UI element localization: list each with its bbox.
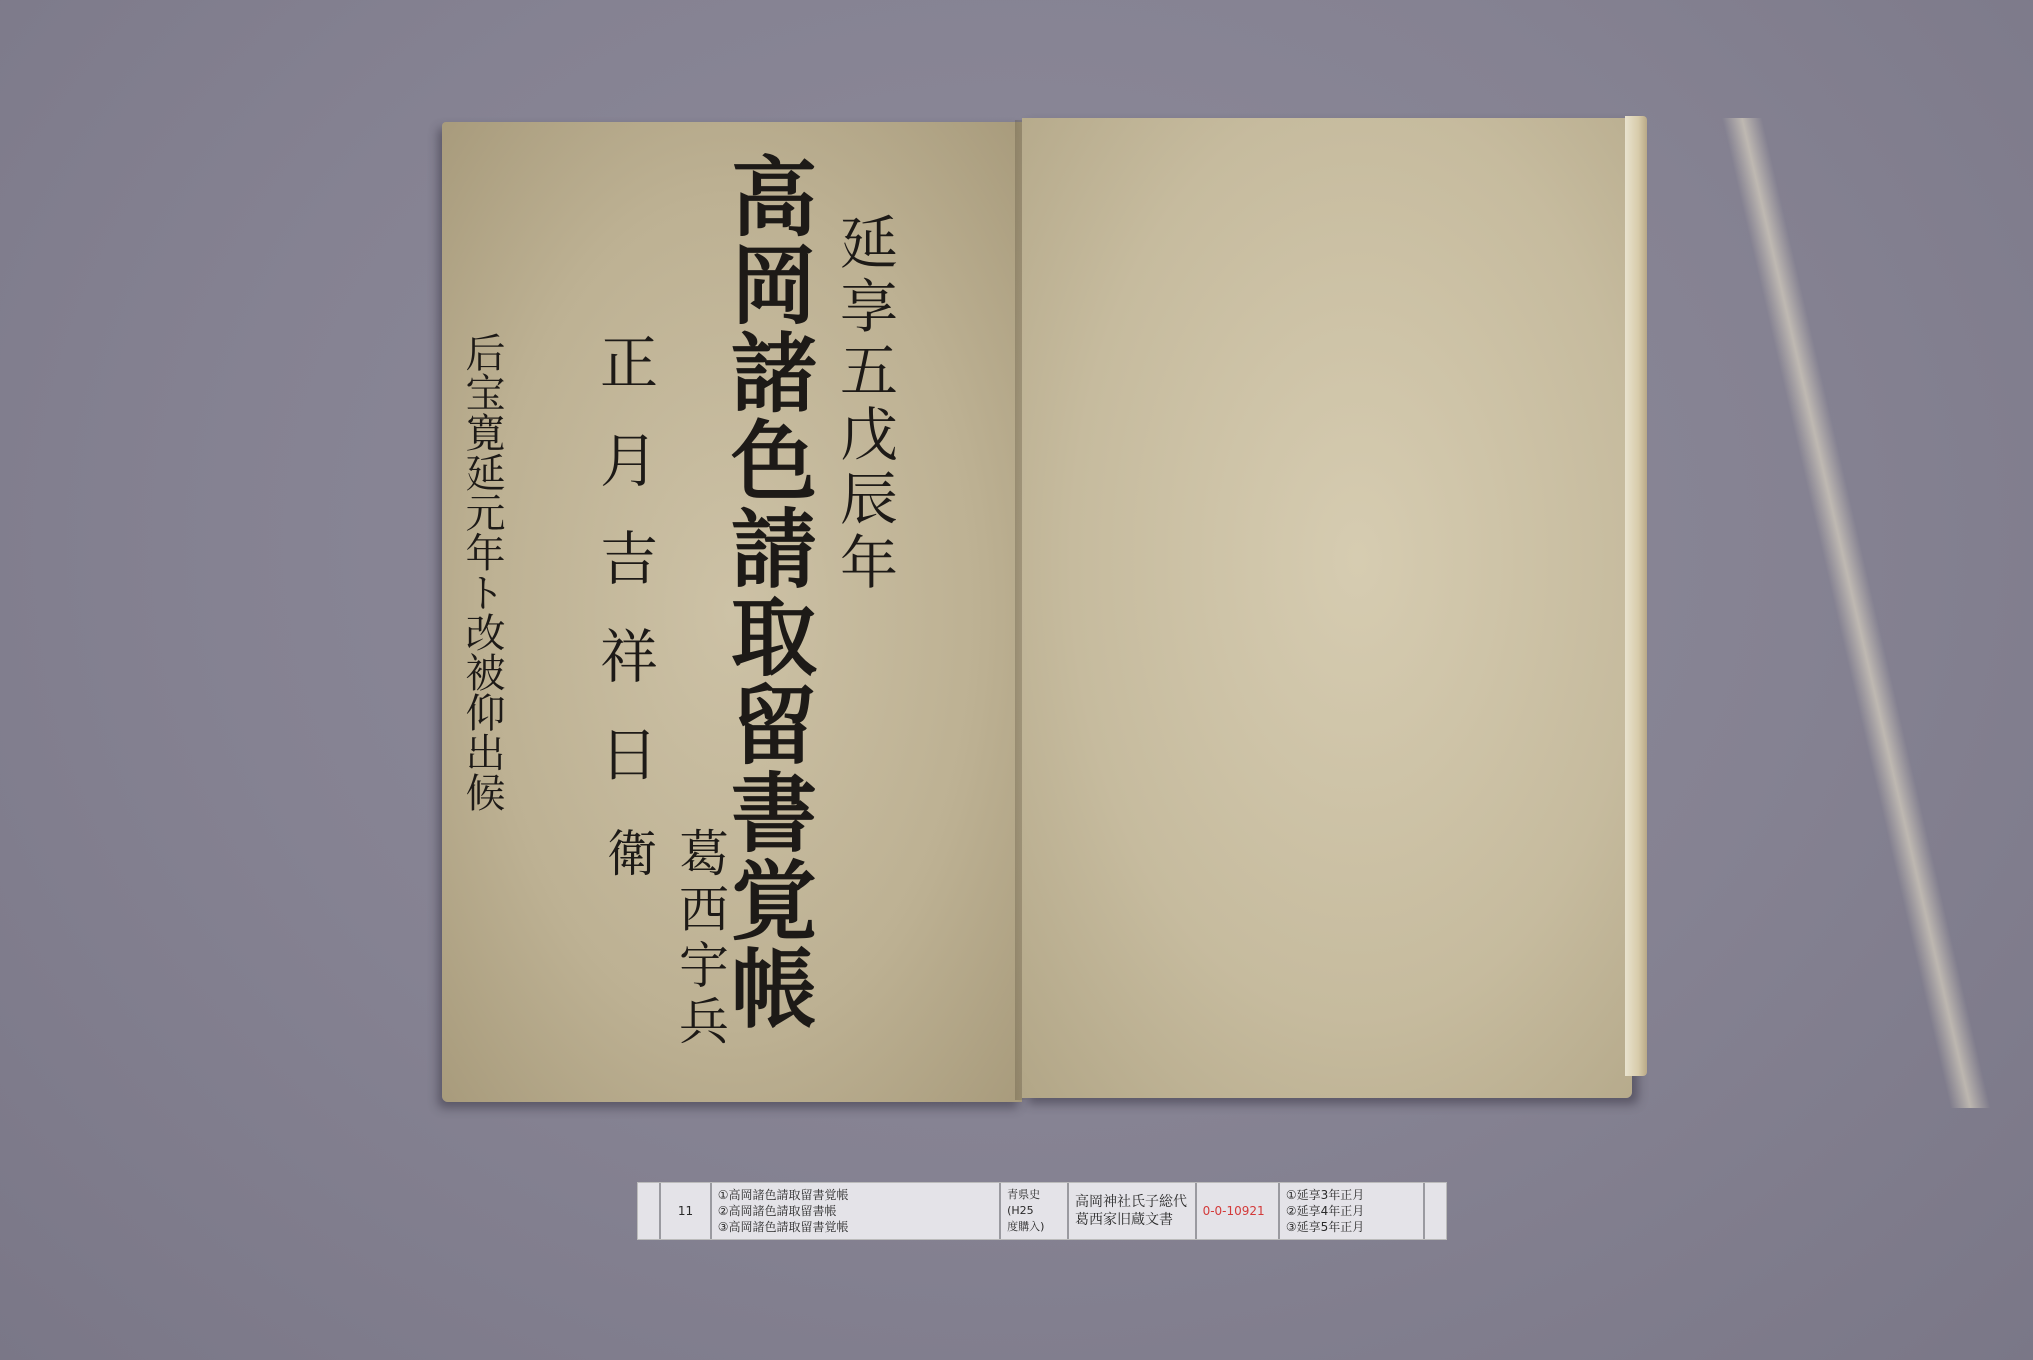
acquisition-line-1: 青県史(H25: [1007, 1187, 1061, 1219]
label-title-1: ①高岡諸色請取留書覚帳: [718, 1187, 993, 1203]
label-titles: ①高岡諸色請取留書覚帳 ②高岡諸色請取留書帳 ③高岡諸色請取留書覚帳: [712, 1183, 1001, 1239]
date-1: ①延享3年正月: [1286, 1187, 1417, 1203]
month-date: 正月吉祥日: [582, 332, 666, 822]
label-code: 0-0-10921: [1197, 1183, 1280, 1239]
author-name: 葛西宇兵衛: [592, 827, 736, 1102]
era-date: 延享五戊辰年: [822, 212, 906, 596]
date-2: ②延享4年正月: [1286, 1203, 1417, 1219]
left-page: 高岡諸色請取留書覚帳 延享五戊辰年 正月吉祥日 葛西宇兵衛 后宝寛延元年ト改被仰…: [442, 122, 1022, 1102]
page-edges: [1625, 116, 1647, 1076]
open-bound-document: 高岡諸色請取留書覚帳 延享五戊辰年 正月吉祥日 葛西宇兵衛 后宝寛延元年ト改被仰…: [430, 110, 1650, 1110]
acquisition-line-2: 度購入): [1007, 1219, 1061, 1235]
catalog-label-strip: 11 ①高岡諸色請取留書覚帳 ②高岡諸色請取留書帳 ③高岡諸色請取留書覚帳 青県…: [637, 1182, 1447, 1240]
page-fold: [1722, 118, 1991, 1108]
label-dates: ①延享3年正月 ②延享4年正月 ③延享5年正月: [1280, 1183, 1425, 1239]
right-page: [1022, 118, 1632, 1098]
label-blank-start: [638, 1183, 661, 1239]
label-title-2: ②高岡諸色請取留書帳: [718, 1203, 993, 1219]
label-acquisition: 青県史(H25 度購入): [1001, 1183, 1069, 1239]
date-3: ③延享5年正月: [1286, 1219, 1417, 1235]
collection-line-2: 葛西家旧蔵文書: [1075, 1211, 1189, 1229]
label-number: 11: [661, 1183, 712, 1239]
label-title-3: ③高岡諸色請取留書覚帳: [718, 1219, 993, 1235]
label-blank-end: [1425, 1183, 1446, 1239]
label-collection: 高岡神社氏子総代 葛西家旧蔵文書: [1069, 1183, 1197, 1239]
annotation-note: 后宝寛延元年ト改被仰出候: [454, 332, 511, 812]
collection-line-1: 高岡神社氏子総代: [1075, 1193, 1189, 1211]
